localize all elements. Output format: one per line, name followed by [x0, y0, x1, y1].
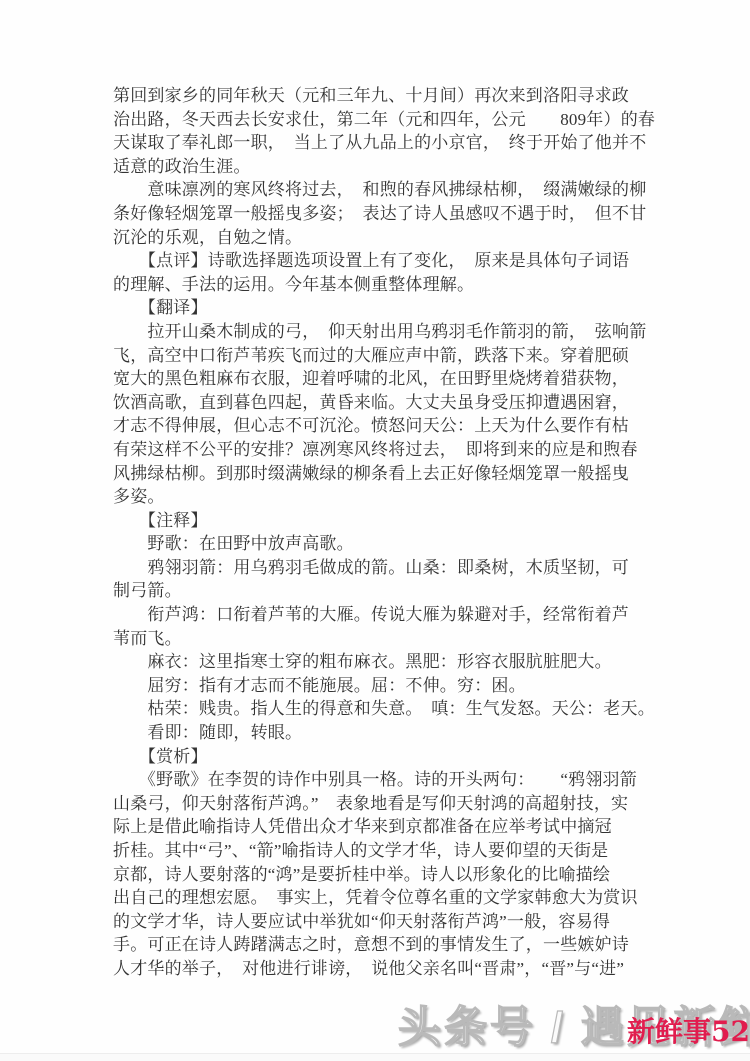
text-line: 的文学才华，诗人要应试中举犹如“仰天射落衔芦鸿”一般，容易得 — [113, 910, 669, 934]
text-line: 出自己的理想宏愿。 事实上，凭着令位尊名重的文学家韩愈大为赏识 — [113, 886, 669, 910]
text-line: 人才华的举子， 对他进行诽谤， 说他父亲名叫“晋肃”，“晋”与“进” — [113, 957, 669, 981]
document-page: 第回到家乡的同年秋天（元和三年九、十月间）再次来到洛阳寻求政治出路，冬天西去长安… — [0, 0, 750, 1061]
text-line: 饮酒高歌，直到暮色四起，黄昏来临。大丈夫虽身受压抑遭遇困窘， — [113, 391, 669, 415]
text-line: 【翻译】 — [113, 296, 669, 320]
text-line: 【赏析】 — [113, 745, 669, 769]
text-line: 衔芦鸿：口衔着芦苇的大雁。传说大雁为躲避对手，经常衔着芦 — [113, 603, 669, 627]
text-line: 野歌：在田野中放声高歌。 — [113, 532, 669, 556]
text-line: 适意的政治生涯。 — [113, 155, 669, 179]
text-line: 《野歌》在李贺的诗作中别具一格。诗的开头两句： “鸦翎羽箭 — [113, 768, 669, 792]
text-line: 【点评】诗歌选择题选项设置上有了变化， 原来是具体句子词语 — [113, 249, 669, 273]
watermark: 头条号 / 遇见新鲜事 新鲜事521 — [0, 992, 750, 1061]
text-line: 治出路，冬天西去长安求仕，第二年（元和四年，公元 809年）的春 — [113, 108, 669, 132]
text-line: 京都，诗人要射落的“鸿”是要折桂中举。诗人以形象化的比喻描绘 — [113, 863, 669, 887]
text-line: 风拂绿枯柳。到那时缀满嫩绿的柳条看上去正好像轻烟笼罩一般摇曳 — [113, 462, 669, 486]
text-line: 看即：随即，转眼。 — [113, 721, 669, 745]
text-line: 多姿。 — [113, 485, 669, 509]
text-line: 制弓箭。 — [113, 579, 669, 603]
text-line: 有荣这样不公平的安排？凛冽寒风终将过去， 即将到来的应是和煦春 — [113, 438, 669, 462]
text-line: 飞，高空中口衔芦苇疾飞而过的大雁应声中箭，跌落下来。穿着肥硕 — [113, 344, 669, 368]
text-line: 苇而飞。 — [113, 627, 669, 651]
text-line: 沉沦的乐观，自勉之情。 — [113, 226, 669, 250]
text-line: 第回到家乡的同年秋天（元和三年九、十月间）再次来到洛阳寻求政 — [113, 84, 669, 108]
text-line: 宽大的黑色粗麻布衣服，迎着呼啸的北风，在田野里烧烤着猎获物， — [113, 367, 669, 391]
text-line: 才志不得伸展，但心志不可沉沦。愤怒问天公：上天为什么要作有枯 — [113, 414, 669, 438]
text-line: 手。可正在诗人踌躇满志之时，意想不到的事情发生了，一些嫉妒诗 — [113, 933, 669, 957]
text-line: 山桑弓，仰天射落衔芦鸿。” 表象地看是写仰天射鸿的高超射技，实 — [113, 792, 669, 816]
text-line: 鸦翎羽箭：用乌鸦羽毛做成的箭。山桑：即桑树，木质坚韧，可 — [113, 556, 669, 580]
text-line: 麻衣：这里指寒士穿的粗布麻衣。黑肥：形容衣服肮脏肥大。 — [113, 650, 669, 674]
text-line: 折桂。其中“弓”、“箭”喻指诗人的文学才华，诗人要仰望的天街是 — [113, 839, 669, 863]
text-line: 际上是借此喻指诗人凭借出众才华来到京都准备在应举考试中摘冠 — [113, 815, 669, 839]
text-line: 条好像轻烟笼罩一般摇曳多姿； 表达了诗人虽感叹不遇于时， 但不甘 — [113, 202, 669, 226]
text-line: 天谋取了奉礼郎一职， 当上了从九品上的小京官， 终于开始了他并不 — [113, 131, 669, 155]
text-line: 【注释】 — [113, 509, 669, 533]
text-line: 拉开山桑木制成的弓， 仰天射出用乌鸦羽毛作箭羽的箭， 弦响箭 — [113, 320, 669, 344]
article-body: 第回到家乡的同年秋天（元和三年九、十月间）再次来到洛阳寻求政治出路，冬天西去长安… — [113, 84, 669, 981]
text-line: 的理解、手法的运用。今年基本侧重整体理解。 — [113, 273, 669, 297]
watermark-account-text: 新鲜事521 — [627, 1010, 750, 1050]
text-line: 枯荣：贱贵。指人生的得意和失意。 嗔：生气发怒。天公：老天。 — [113, 697, 669, 721]
text-line: 屈穷：指有才志而不能施展。屈：不伸。穷：困。 — [113, 674, 669, 698]
text-line: 意味凛冽的寒风终将过去， 和煦的春风拂绿枯柳， 缀满嫩绿的柳 — [113, 178, 669, 202]
bottom-edge-strip — [0, 1053, 750, 1061]
